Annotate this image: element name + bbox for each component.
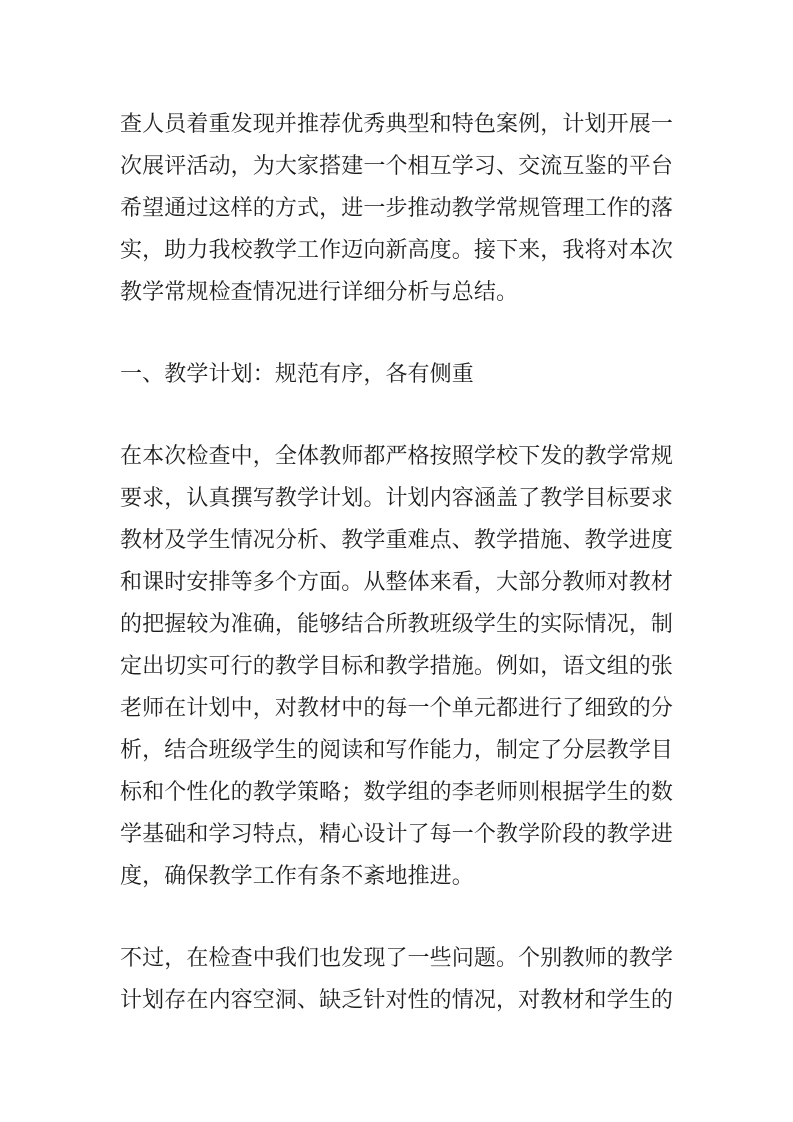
- text-line: 的把握较为准确，能够结合所教班级学生的实际情况，制: [120, 603, 676, 645]
- text-line: 在本次检查中，全体教师都严格按照学校下发的教学常规: [120, 435, 676, 477]
- text-line: 次展评活动，为大家搭建一个相互学习、交流互鉴的平台: [120, 145, 676, 187]
- document-content: 查人员着重发现并推荐优秀典型和特色案例，计划开展一 次展评活动，为大家搭建一个相…: [120, 103, 676, 1021]
- text-line: 教学常规检查情况进行详细分析与总结。: [120, 271, 676, 313]
- text-line: 度，确保教学工作有条不紊地推进。: [120, 855, 676, 897]
- text-line: 析，结合班级学生的阅读和写作能力，制定了分层教学目: [120, 729, 676, 771]
- paragraph-plan-details: 在本次检查中，全体教师都严格按照学校下发的教学常规 要求，认真撰写教学计划。计划…: [120, 435, 676, 897]
- text-line: 和课时安排等多个方面。从整体来看，大部分教师对教材: [120, 561, 676, 603]
- paragraph-intro-continued: 查人员着重发现并推荐优秀典型和特色案例，计划开展一 次展评活动，为大家搭建一个相…: [120, 103, 676, 313]
- text-line: 教材及学生情况分析、教学重难点、教学措施、教学进度: [120, 519, 676, 561]
- paragraph-issues-found: 不过，在检查中我们也发现了一些问题。个别教师的教学 计划存在内容空洞、缺乏针对性…: [120, 937, 676, 1021]
- text-line: 计划存在内容空洞、缺乏针对性的情况，对教材和学生的: [120, 979, 676, 1021]
- document-page: 查人员着重发现并推荐优秀典型和特色案例，计划开展一 次展评活动，为大家搭建一个相…: [0, 0, 793, 1122]
- text-line: 标和个性化的教学策略；数学组的李老师则根据学生的数: [120, 771, 676, 813]
- text-line: 不过，在检查中我们也发现了一些问题。个别教师的教学: [120, 937, 676, 979]
- text-line: 学基础和学习特点，精心设计了每一个教学阶段的教学进: [120, 813, 676, 855]
- text-line: 希望通过这样的方式，进一步推动教学常规管理工作的落: [120, 187, 676, 229]
- text-line: 定出切实可行的教学目标和教学措施。例如，语文组的张: [120, 645, 676, 687]
- heading-line: 一、教学计划：规范有序，各有侧重: [120, 353, 676, 395]
- text-line: 查人员着重发现并推荐优秀典型和特色案例，计划开展一: [120, 103, 676, 145]
- text-line: 老师在计划中，对教材中的每一个单元都进行了细致的分: [120, 687, 676, 729]
- section-heading-teaching-plan: 一、教学计划：规范有序，各有侧重: [120, 353, 676, 395]
- text-line: 要求，认真撰写教学计划。计划内容涵盖了教学目标要求: [120, 477, 676, 519]
- text-line: 实，助力我校教学工作迈向新高度。接下来，我将对本次: [120, 229, 676, 271]
